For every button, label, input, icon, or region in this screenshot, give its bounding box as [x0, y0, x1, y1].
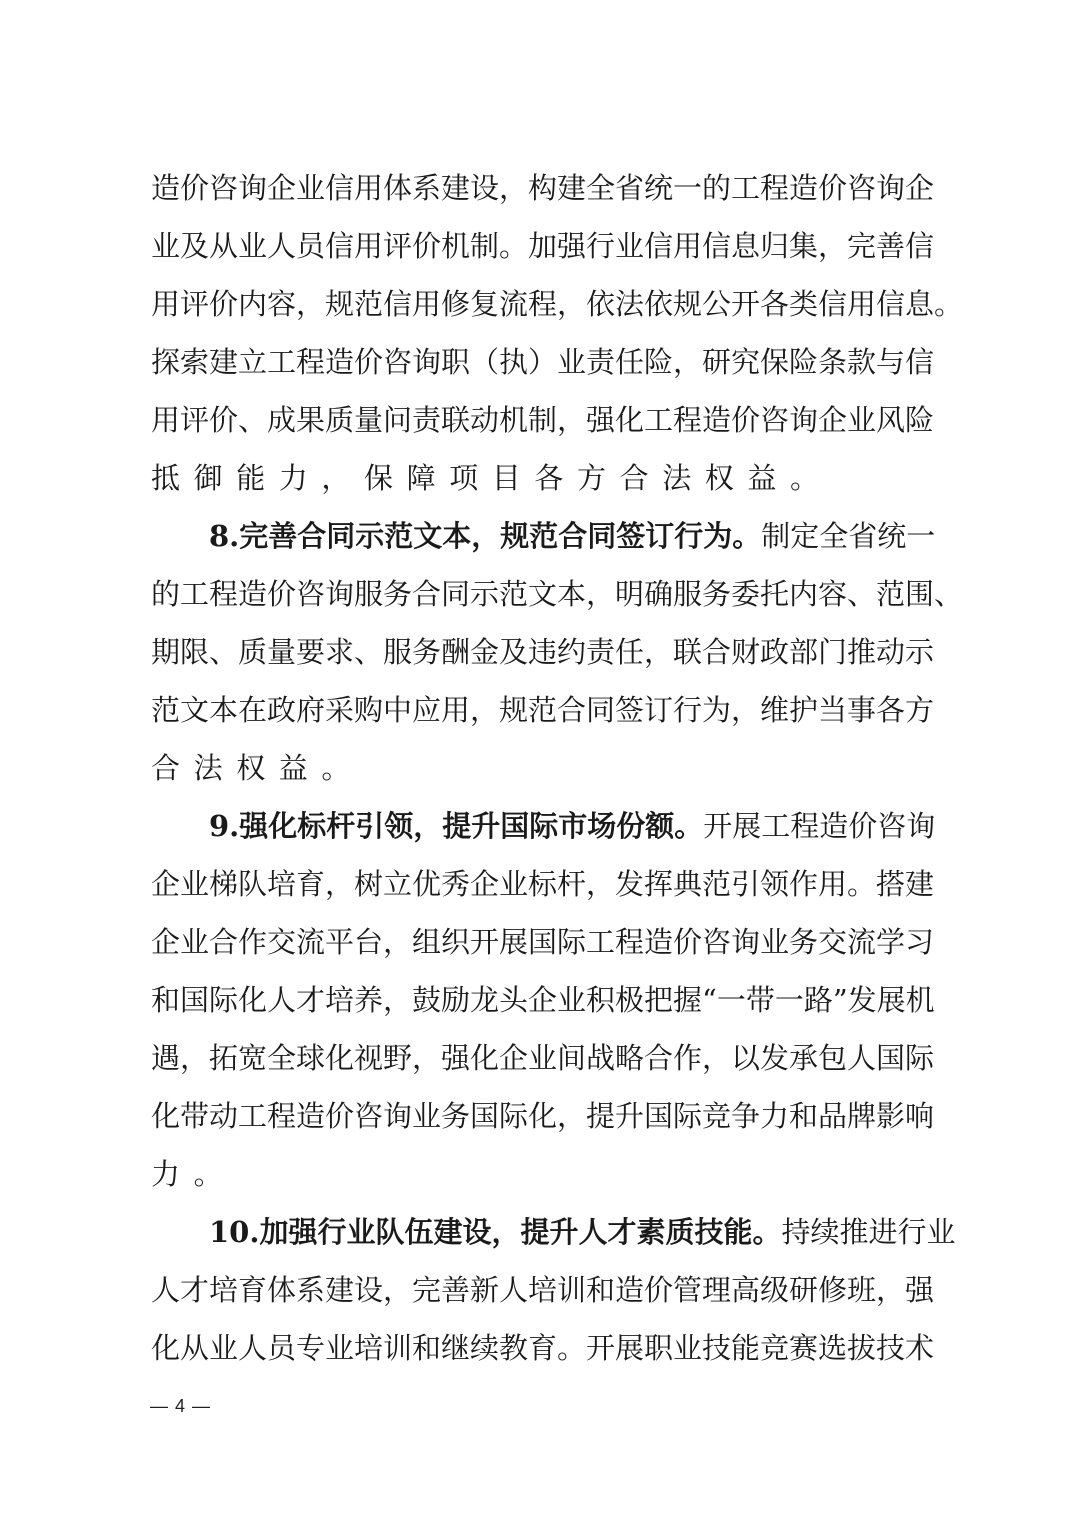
paragraph-line: 用评价、成果质量问责联动机制，强化工程造价咨询企业风险 [151, 398, 931, 442]
section-heading-8: 8.完善合同示范文本，规范合同签订行为。 [209, 519, 761, 553]
line-text: 遇，拓宽全球化视野，强化企业间战略合作，以发承包人国际 [151, 1041, 934, 1075]
line-text: 持续推进行业 [781, 1215, 955, 1249]
line-text: 抵御能力，保障项目各方合法权益。 [151, 461, 833, 495]
section-heading-line-8: 8.完善合同示范文本，规范合同签订行为。制定全省统一 [151, 514, 931, 558]
line-text: 的工程造价咨询服务合同示范文本，明确服务委托内容、范围、 [151, 577, 963, 611]
paragraph-line: 合法权益。 [151, 746, 931, 790]
section-heading-line-9: 9.强化标杆引领，提升国际市场份额。开展工程造价咨询 [151, 804, 931, 848]
paragraph-line: 用评价内容，规范信用修复流程，依法依规公开各类信用信息。 [151, 282, 931, 326]
paragraph-line: 人才培育体系建设，完善新人培训和造价管理高级研修班，强 [151, 1268, 931, 1312]
paragraph-line: 期限、质量要求、服务酬金及违约责任，联合财政部门推动示 [151, 630, 931, 674]
paragraph-line: 抵御能力，保障项目各方合法权益。 [151, 456, 931, 500]
line-text: 化带动工程造价咨询业务国际化，提升国际竞争力和品牌影响 [151, 1099, 934, 1133]
line-text: 用评价内容，规范信用修复流程，依法依规公开各类信用信息。 [151, 287, 963, 321]
section-heading-9: 9.强化标杆引领，提升国际市场份额。 [209, 809, 703, 843]
paragraph-line: 造价咨询企业信用体系建设，构建全省统一的工程造价咨询企 [151, 166, 931, 210]
line-text: 业及从业人员信用评价机制。加强行业信用信息归集，完善信 [151, 229, 934, 263]
line-text: 期限、质量要求、服务酬金及违约责任，联合财政部门推动示 [151, 635, 934, 669]
paragraph-line: 探索建立工程造价咨询职（执）业责任险，研究保险条款与信 [151, 340, 931, 384]
line-text: 范文本在政府采购中应用，规范合同签订行为，维护当事各方 [151, 693, 934, 727]
line-text: 企业合作交流平台，组织开展国际工程造价咨询业务交流学习 [151, 925, 934, 959]
line-text: 用评价、成果质量问责联动机制，强化工程造价咨询企业风险 [151, 403, 934, 437]
paragraph-line: 范文本在政府采购中应用，规范合同签订行为，维护当事各方 [151, 688, 931, 732]
paragraph-line: 化从业人员专业培训和继续教育。开展职业技能竞赛选拔技术 [151, 1326, 931, 1370]
line-text: 制定全省统一 [761, 519, 935, 553]
paragraph-line: 遇，拓宽全球化视野，强化企业间战略合作，以发承包人国际 [151, 1036, 931, 1080]
section-heading-10: 10.加强行业队伍建设，提升人才素质技能。 [209, 1215, 781, 1249]
paragraph-line: 的工程造价咨询服务合同示范文本，明确服务委托内容、范围、 [151, 572, 931, 616]
line-text: 力。 [151, 1157, 236, 1191]
page-number: — 4 — [150, 1394, 211, 1418]
paragraph-line: 企业合作交流平台，组织开展国际工程造价咨询业务交流学习 [151, 920, 931, 964]
line-text: 化从业人员专业培训和继续教育。开展职业技能竞赛选拔技术 [151, 1331, 934, 1365]
line-text: 造价咨询企业信用体系建设，构建全省统一的工程造价咨询企 [151, 171, 934, 205]
paragraph-line: 企业梯队培育，树立优秀企业标杆，发挥典范引领作用。搭建 [151, 862, 931, 906]
paragraph-line: 力。 [151, 1152, 931, 1196]
line-text: 开展工程造价咨询 [703, 809, 935, 843]
paragraph-line: 业及从业人员信用评价机制。加强行业信用信息归集，完善信 [151, 224, 931, 268]
line-text: 合法权益。 [151, 751, 364, 785]
line-text: 和国际化人才培养，鼓励龙头企业积极把握“一带一路”发展机 [151, 983, 935, 1017]
paragraph-line: 化带动工程造价咨询业务国际化，提升国际竞争力和品牌影响 [151, 1094, 931, 1138]
section-heading-line-10: 10.加强行业队伍建设，提升人才素质技能。持续推进行业 [151, 1210, 931, 1254]
line-text: 企业梯队培育，树立优秀企业标杆，发挥典范引领作用。搭建 [151, 867, 934, 901]
paragraph-line: 和国际化人才培养，鼓励龙头企业积极把握“一带一路”发展机 [151, 978, 931, 1022]
document-page: 造价咨询企业信用体系建设，构建全省统一的工程造价咨询企 业及从业人员信用评价机制… [0, 0, 1080, 1527]
line-text: 探索建立工程造价咨询职（执）业责任险，研究保险条款与信 [151, 345, 934, 379]
line-text: 人才培育体系建设，完善新人培训和造价管理高级研修班，强 [151, 1273, 934, 1307]
